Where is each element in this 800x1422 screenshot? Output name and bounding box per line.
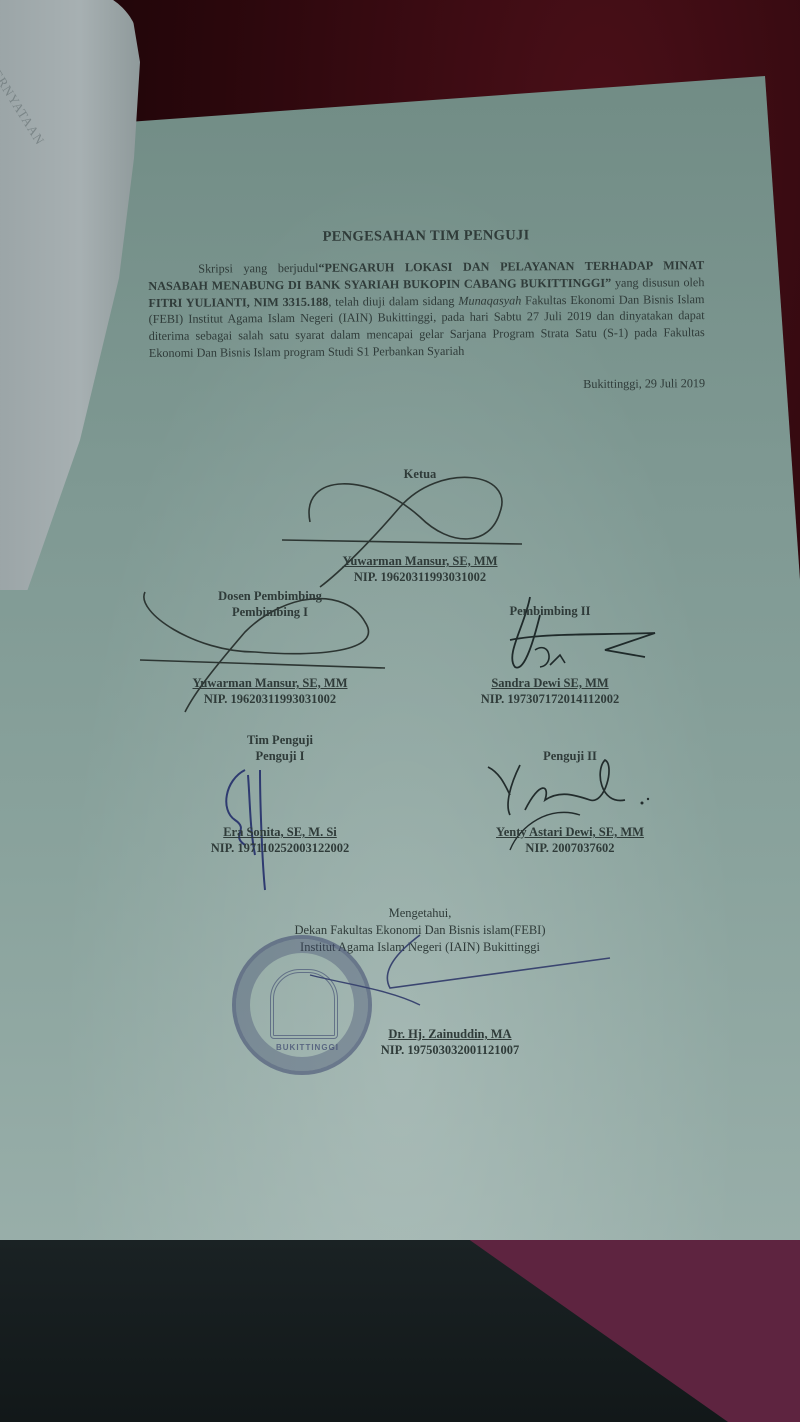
left-page-fragment: PERNYATAAN [0, 60, 48, 148]
penguji-1-nip: NIP. 197110252003122002 [170, 840, 390, 856]
session-name: Munaqasyah [458, 293, 521, 307]
mengetahui-label: Mengetahui, [210, 905, 630, 922]
penguji-2-name: Yenty Astari Dewi, SE, MM [455, 824, 685, 840]
pembimbing-1-nip: NIP. 19620311993031002 [150, 691, 390, 707]
ketua-name: Yuwarman Mansur, SE, MM [300, 553, 540, 569]
page-title: PENGESAHAN TIM PENGUJI [148, 226, 704, 247]
pembimbing-2-name: Sandra Dewi SE, MM [450, 675, 650, 691]
stamp-text: BUKITTINGGI [276, 1043, 339, 1052]
intro-text: Skripsi yang berjudul [198, 261, 318, 276]
pembimbing-2-block: Pembimbing II Sandra Dewi SE, MM NIP. 19… [450, 603, 650, 707]
penguji-2-block: Penguji II Yenty Astari Dewi, SE, MM NIP… [455, 748, 685, 856]
compiled-by-text: yang disusun oleh [615, 275, 705, 290]
pembimbing-1-role: Pembimbing I [150, 604, 390, 620]
pembimbing-1-name: Yuwarman Mansur, SE, MM [150, 675, 390, 691]
author-nim: NIM 3315.188 [254, 294, 329, 309]
dosen-pembimbing-label: Dosen Pembimbing [150, 588, 390, 604]
ketua-block: Ketua Yuwarman Mansur, SE, MM NIP. 19620… [300, 466, 540, 585]
pembimbing-2-role: Pembimbing II [450, 603, 650, 619]
penguji-2-nip: NIP. 2007037602 [455, 840, 685, 856]
ketua-role: Ketua [300, 466, 540, 482]
tested-text: , telah diuji dalam sidang [328, 293, 454, 308]
penguji-1-block: Tim Penguji Penguji I Era Sonita, SE, M.… [170, 732, 390, 856]
approval-paragraph: Skripsi yang berjudul“PENGARUH LOKASI DA… [148, 257, 705, 362]
penguji-1-role: Penguji I [170, 748, 390, 764]
penguji-2-role: Penguji II [455, 748, 685, 764]
document-content: PENGESAHAN TIM PENGUJI Skripsi yang berj… [148, 226, 705, 395]
pembimbing-1-block: Dosen Pembimbing Pembimbing I Yuwarman M… [150, 588, 390, 707]
author-name: FITRI YULIANTI, [148, 295, 249, 310]
pembimbing-2-nip: NIP. 197307172014112002 [450, 691, 650, 707]
signature-dekan [290, 930, 620, 1020]
penguji-1-name: Era Sonita, SE, M. Si [170, 824, 390, 840]
tim-penguji-label: Tim Penguji [170, 732, 390, 748]
